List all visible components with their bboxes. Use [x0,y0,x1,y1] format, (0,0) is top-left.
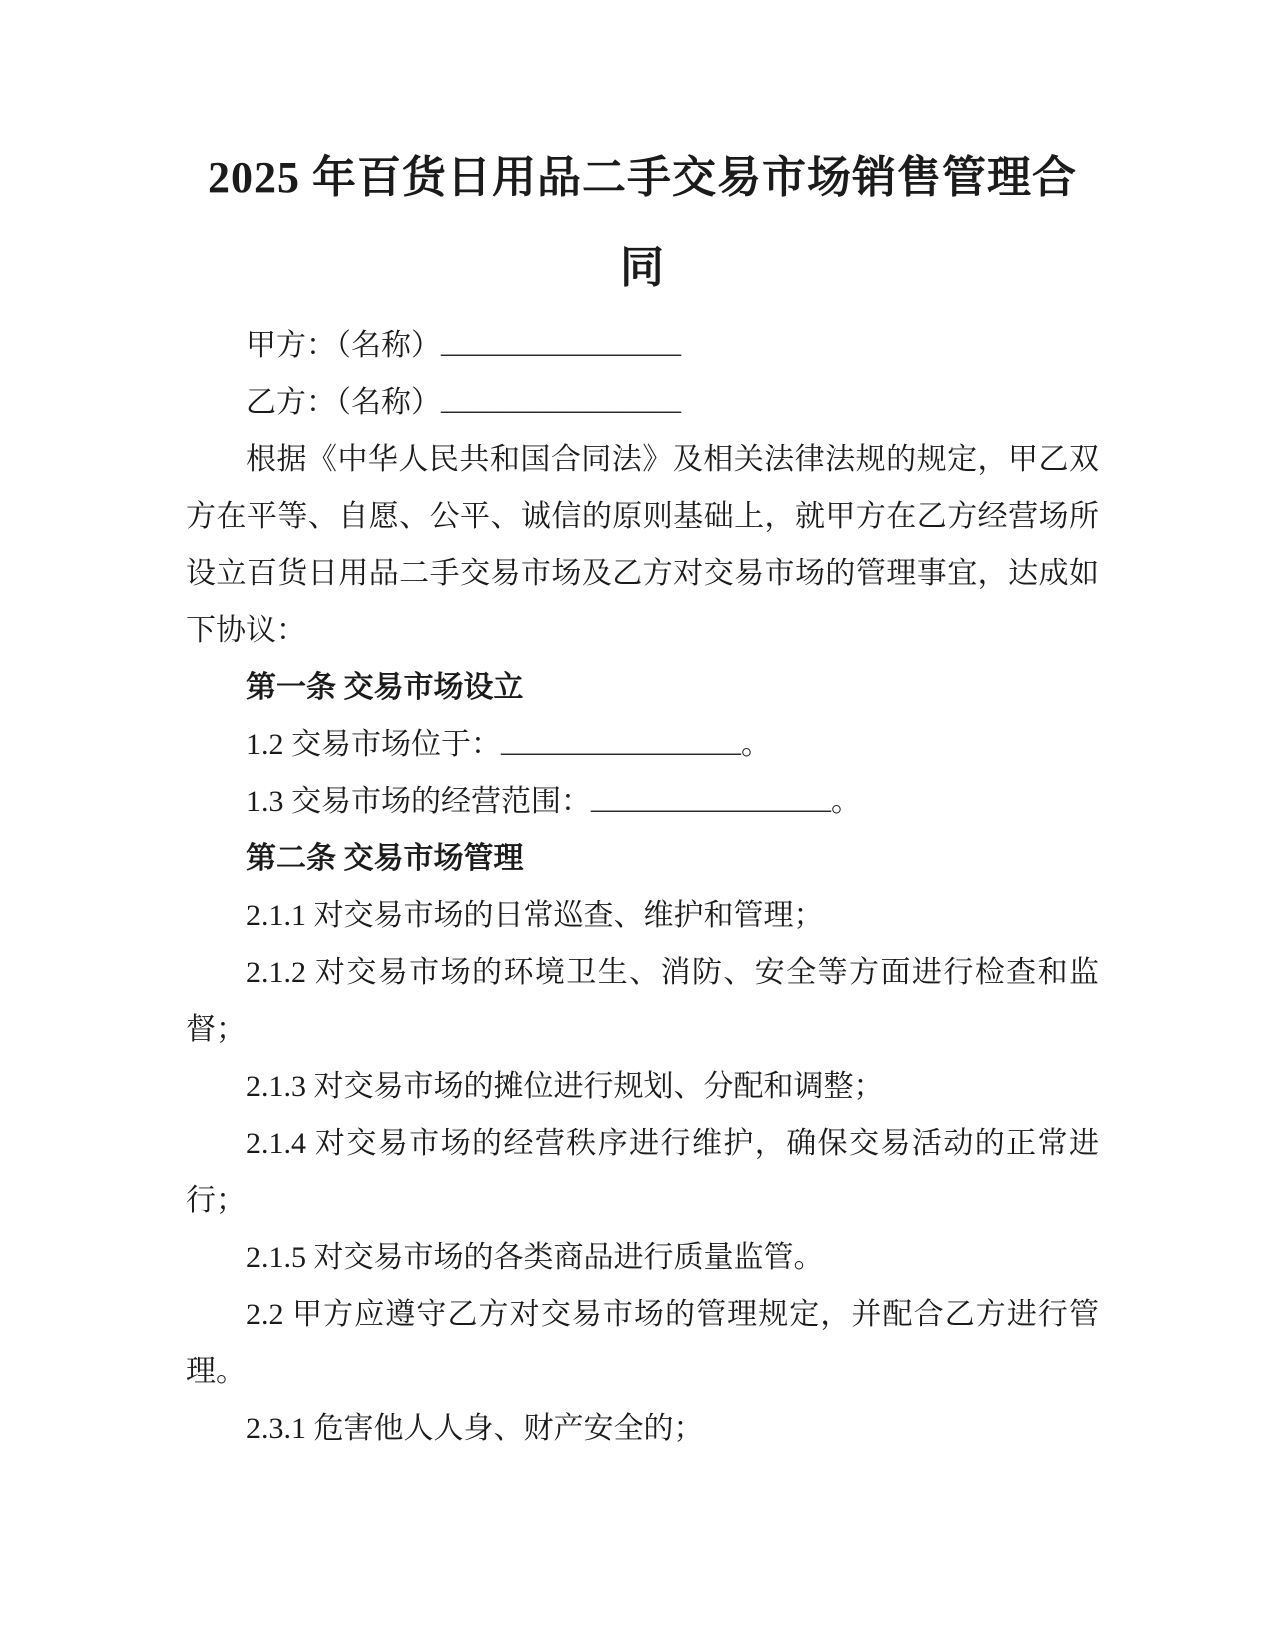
contract-page: 2025 年百货日用品二手交易市场销售管理合同 甲方：（名称）_________… [0,0,1275,1650]
party-b-label: 乙方：（名称） [246,386,441,419]
clause-2-1-1: 2.1.1 对交易市场的日常巡查、维护和管理； [186,887,1099,944]
clause-2-1-5: 2.1.5 对交易市场的各类商品进行质量监管。 [186,1229,1099,1286]
party-b-line: 乙方：（名称）________________ [186,374,1099,431]
section-1-heading: 第一条 交易市场设立 [186,659,1099,716]
clause-2-1-2: 2.1.2 对交易市场的环境卫生、消防、安全等方面进行检查和监督； [186,944,1099,1058]
clause-2-1-4: 2.1.4 对交易市场的经营秩序进行维护，确保交易活动的正常进行； [186,1115,1099,1229]
party-a-line: 甲方：（名称）________________ [186,317,1099,374]
party-a-label: 甲方：（名称） [246,329,441,362]
clause-1-2-label: 1.2 交易市场位于： [246,728,501,761]
preamble-paragraph: 根据《中华人民共和国合同法》及相关法律法规的规定，甲乙双方在平等、自愿、公平、诚… [186,431,1099,659]
party-a-name-blank[interactable]: ________________ [441,314,681,371]
clause-1-2-suffix: 。 [741,728,771,761]
party-b-name-blank[interactable]: ________________ [441,371,681,428]
clause-2-1-3: 2.1.3 对交易市场的摊位进行规划、分配和调整； [186,1058,1099,1115]
clause-1-2-blank[interactable]: ________________ [501,713,741,770]
clause-2-2: 2.2 甲方应遵守乙方对交易市场的管理规定，并配合乙方进行管理。 [186,1286,1099,1400]
clause-2-3-1: 2.3.1 危害他人人身、财产安全的； [186,1400,1099,1457]
clause-1-3: 1.3 交易市场的经营范围：________________。 [186,773,1099,830]
clause-1-3-suffix: 。 [831,785,861,818]
clause-1-3-label: 1.3 交易市场的经营范围： [246,785,591,818]
clause-1-3-blank[interactable]: ________________ [591,770,831,827]
clause-1-2: 1.2 交易市场位于：________________。 [186,716,1099,773]
section-2-heading: 第二条 交易市场管理 [186,830,1099,887]
contract-title: 2025 年百货日用品二手交易市场销售管理合同 [186,133,1099,313]
